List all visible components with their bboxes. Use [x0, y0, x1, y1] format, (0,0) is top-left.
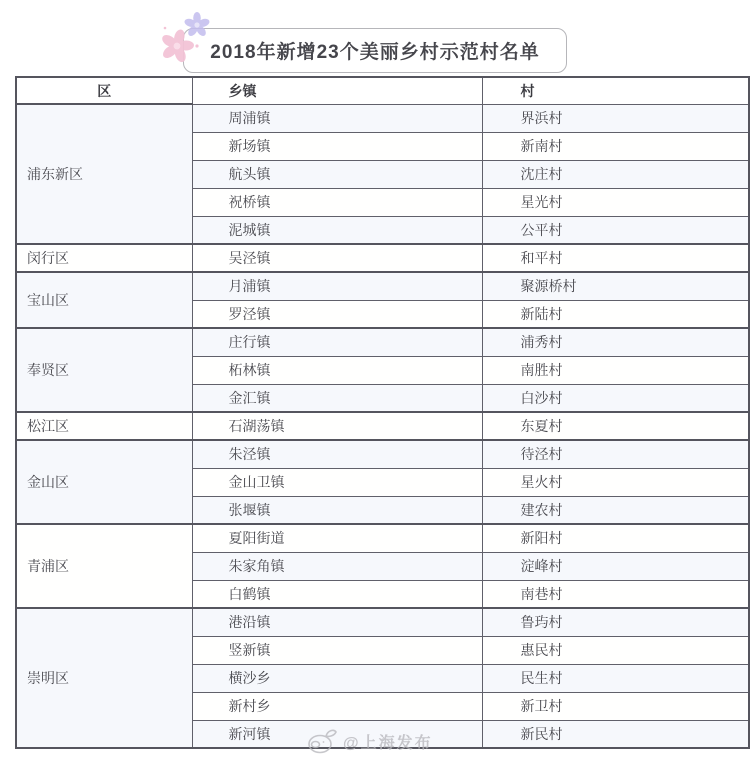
- town-cell: 航头镇: [192, 160, 482, 188]
- watermark: @上海发布: [306, 727, 433, 755]
- table-row: 青浦区夏阳街道新阳村: [16, 524, 749, 552]
- village-cell: 浦秀村: [482, 328, 749, 356]
- table-row: 金山区朱泾镇待泾村: [16, 440, 749, 468]
- district-cell: 奉贤区: [16, 328, 192, 412]
- village-cell: 白沙村: [482, 384, 749, 412]
- header-village: 村: [482, 77, 749, 104]
- town-cell: 新场镇: [192, 132, 482, 160]
- village-cell: 建农村: [482, 496, 749, 524]
- village-cell: 沈庄村: [482, 160, 749, 188]
- village-cell: 待泾村: [482, 440, 749, 468]
- town-cell: 朱泾镇: [192, 440, 482, 468]
- village-cell: 新陆村: [482, 300, 749, 328]
- town-cell: 吴泾镇: [192, 244, 482, 272]
- village-cell: 惠民村: [482, 636, 749, 664]
- village-cell: 界浜村: [482, 104, 749, 132]
- table-row: 松江区石湖荡镇东夏村: [16, 412, 749, 440]
- town-cell: 祝桥镇: [192, 188, 482, 216]
- header-row: 区 乡镇 村: [16, 77, 749, 104]
- town-cell: 泥城镇: [192, 216, 482, 244]
- page-title-text: 2018年新增23个美丽乡村示范村名单: [210, 42, 539, 63]
- town-cell: 竖新镇: [192, 636, 482, 664]
- district-cell: 松江区: [16, 412, 192, 440]
- district-cell: 闵行区: [16, 244, 192, 272]
- district-cell: 青浦区: [16, 524, 192, 608]
- town-cell: 罗泾镇: [192, 300, 482, 328]
- town-cell: 月浦镇: [192, 272, 482, 300]
- village-cell: 新南村: [482, 132, 749, 160]
- village-cell: 新卫村: [482, 692, 749, 720]
- village-cell: 新民村: [482, 720, 749, 748]
- town-cell: 港沿镇: [192, 608, 482, 636]
- district-cell: 金山区: [16, 440, 192, 524]
- town-cell: 石湖荡镇: [192, 412, 482, 440]
- shanghai-fabu-logo-icon: [306, 727, 338, 755]
- village-cell: 和平村: [482, 244, 749, 272]
- table-row: 崇明区港沿镇鲁玙村: [16, 608, 749, 636]
- town-cell: 白鹤镇: [192, 580, 482, 608]
- table-header: 区 乡镇 村: [16, 77, 749, 104]
- town-cell: 朱家角镇: [192, 552, 482, 580]
- town-cell: 新村乡: [192, 692, 482, 720]
- village-cell: 鲁玙村: [482, 608, 749, 636]
- table-row: 宝山区月浦镇聚源桥村: [16, 272, 749, 300]
- village-cell: 新阳村: [482, 524, 749, 552]
- table-row: 浦东新区周浦镇界浜村: [16, 104, 749, 132]
- district-cell: 浦东新区: [16, 104, 192, 244]
- watermark-text: @上海发布: [343, 730, 433, 753]
- district-cell: 宝山区: [16, 272, 192, 328]
- village-cell: 星光村: [482, 188, 749, 216]
- town-cell: 周浦镇: [192, 104, 482, 132]
- town-cell: 庄行镇: [192, 328, 482, 356]
- table-row: 闵行区吴泾镇和平村: [16, 244, 749, 272]
- district-cell: 崇明区: [16, 608, 192, 748]
- village-cell: 东夏村: [482, 412, 749, 440]
- village-cell: 星火村: [482, 468, 749, 496]
- table-row: 奉贤区庄行镇浦秀村: [16, 328, 749, 356]
- village-cell: 南巷村: [482, 580, 749, 608]
- town-cell: 夏阳街道: [192, 524, 482, 552]
- village-cell: 民生村: [482, 664, 749, 692]
- town-cell: 横沙乡: [192, 664, 482, 692]
- village-cell: 淀峰村: [482, 552, 749, 580]
- town-cell: 金汇镇: [192, 384, 482, 412]
- village-cell: 公平村: [482, 216, 749, 244]
- town-cell: 柘林镇: [192, 356, 482, 384]
- table-body: 浦东新区周浦镇界浜村新场镇新南村航头镇沈庄村祝桥镇星光村泥城镇公平村闵行区吴泾镇…: [16, 104, 749, 748]
- page-title: 2018年新增23个美丽乡村示范村名单: [183, 28, 566, 73]
- title-container: 2018年新增23个美丽乡村示范村名单: [0, 0, 750, 66]
- header-district: 区: [16, 77, 192, 104]
- village-cell: 聚源桥村: [482, 272, 749, 300]
- town-cell: 张堰镇: [192, 496, 482, 524]
- town-cell: 金山卫镇: [192, 468, 482, 496]
- village-cell: 南胜村: [482, 356, 749, 384]
- village-list-table: 区 乡镇 村 浦东新区周浦镇界浜村新场镇新南村航头镇沈庄村祝桥镇星光村泥城镇公平…: [15, 76, 750, 749]
- header-town: 乡镇: [192, 77, 482, 104]
